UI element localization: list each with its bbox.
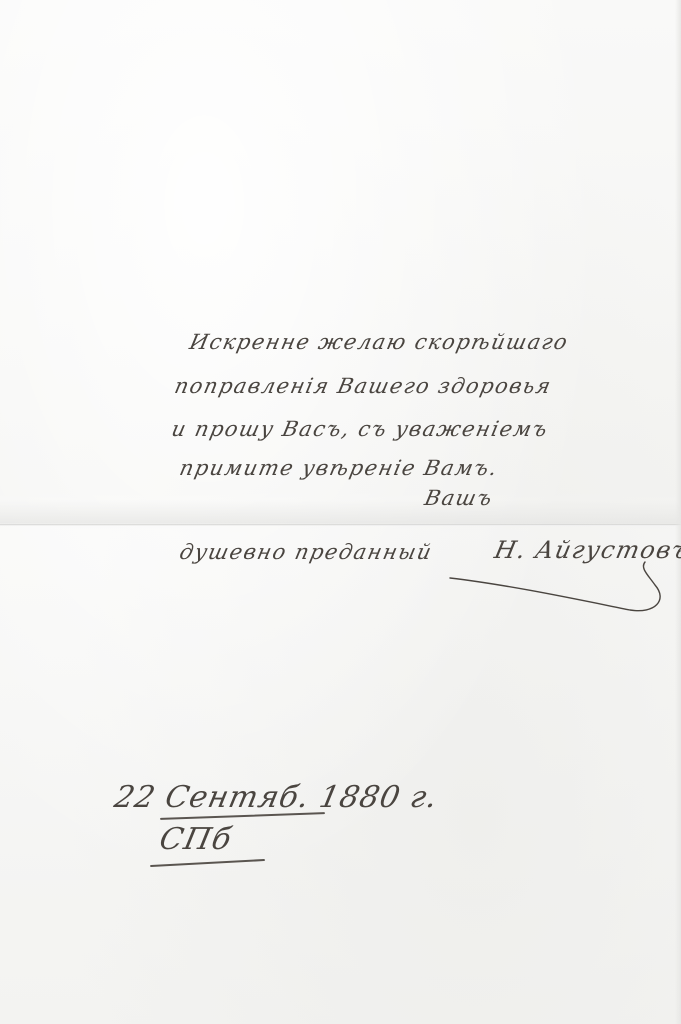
letter-body-line-4: примите увѣреніе Вамъ. <box>177 456 500 480</box>
letter-body-line-2: поправленія Вашего здоровья <box>172 374 554 398</box>
letter-date: 22 Сентяб. 1880 г. <box>111 780 441 815</box>
signature-flourish-icon <box>440 560 680 620</box>
letter-body-line-3: и прошу Васъ, съ уваженіемъ <box>169 417 550 441</box>
paper-edge <box>675 0 681 1024</box>
paper-fold-line <box>0 523 681 526</box>
letter-signoff: душевно преданный <box>177 540 434 564</box>
letter-closing: Вашъ <box>422 486 495 510</box>
letter-body-line-1: Искренне желаю скорѣйшаго <box>187 330 570 354</box>
fold-shadow <box>0 500 681 523</box>
letter-place: СПб <box>156 822 235 857</box>
